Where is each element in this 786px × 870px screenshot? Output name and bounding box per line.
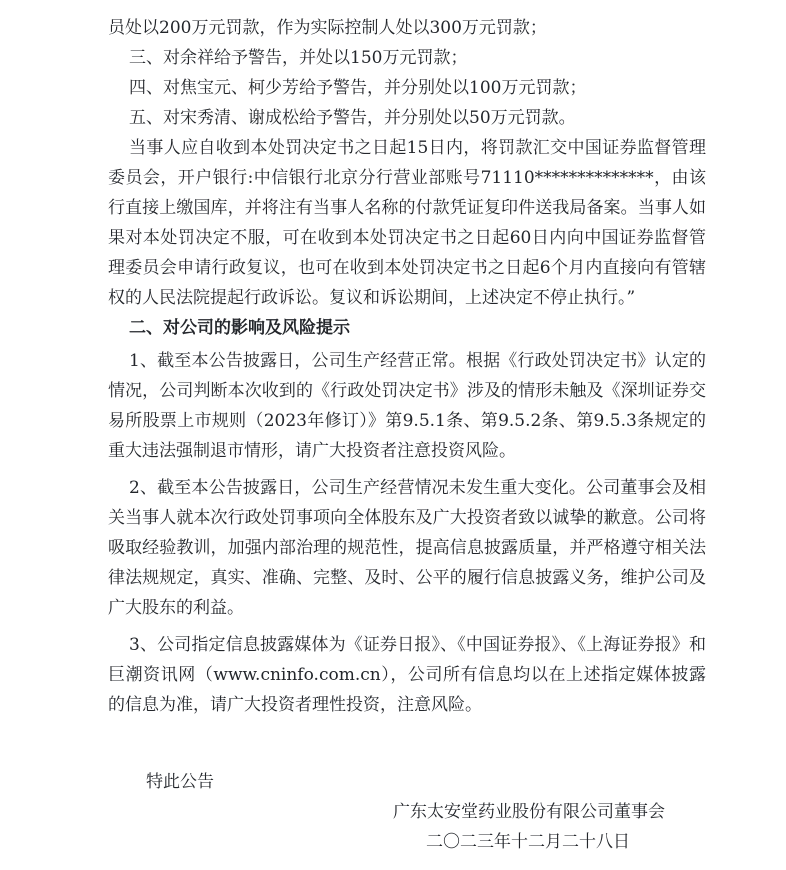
closing-signer: 广东太安堂药业股份有限公司董事会 — [108, 797, 706, 827]
section-heading-impact-and-risk: 二、对公司的影响及风险提示 — [108, 313, 706, 343]
announcement-page: 员处以200万元罚款，作为实际控制人处以300万元罚款； 三、对余祥给予警告，并… — [0, 0, 786, 870]
paragraph-penalty-continuation: 员处以200万元罚款，作为实际控制人处以300万元罚款； — [108, 13, 706, 43]
closing-notice: 特此公告 — [108, 767, 706, 797]
paragraph-payment-instructions: 当事人应自收到本处罚决定书之日起15日内，将罚款汇交中国证券监督管理委员会，开户… — [108, 133, 706, 313]
paragraph-penalty-item-3: 三、对余祥给予警告，并处以150万元罚款； — [108, 43, 706, 73]
paragraph-penalty-item-4: 四、对焦宝元、柯少芳给予警告，并分别处以100万元罚款； — [108, 73, 706, 103]
paragraph-risk-item-3: 3、公司指定信息披露媒体为《证券日报》、《中国证券报》、《上海证券报》和巨潮资讯… — [108, 630, 706, 720]
paragraph-penalty-item-5: 五、对宋秀清、谢成松给予警告，并分别处以50万元罚款。 — [108, 103, 706, 133]
paragraph-risk-item-1: 1、截至本公告披露日，公司生产经营正常。根据《行政处罚决定书》认定的情况，公司判… — [108, 346, 706, 466]
paragraph-risk-item-2: 2、截至本公告披露日，公司生产经营情况未发生重大变化。公司董事会及相关当事人就本… — [108, 473, 706, 623]
closing-date: 二〇二三年十二月二十八日 — [108, 827, 706, 857]
